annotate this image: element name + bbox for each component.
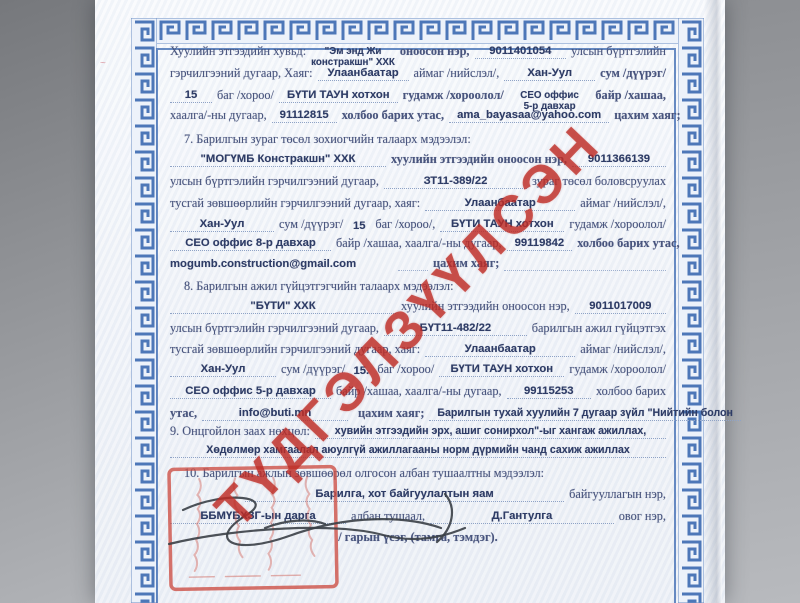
label-building-8: байр /хашаа, хаалга/-ны дугаар, (336, 384, 502, 399)
label-aimag: аймаг /нийслэл/, (414, 66, 500, 81)
label-special-conditions: 9. Онцгойлон заах нөхцөл: (170, 424, 310, 439)
value-city: Улаанбаатар (318, 67, 409, 81)
value-designer-building: СЕО оффис 8-р давхар (170, 237, 331, 251)
signature-ink (145, 466, 495, 576)
label-email-7: цахим хаяг; (433, 256, 499, 271)
label-bag: баг /хороо/ (217, 88, 274, 103)
value-designer-bag: 15 (348, 220, 370, 232)
label-special-permit-8: тусгай зөвшөөрлийн гэрчилгээний дугаар, … (170, 342, 420, 357)
label-street-7: гудамж /хороолол/ (569, 217, 666, 232)
value-company-name: "Эм энд Жи констракшн" ХХК (311, 47, 395, 68)
photo-of-certificate: { "colors": { "border_blue": "#4d77b8", … (0, 0, 800, 603)
intro-line-1: Хуулийн этгээдийн хувьд: "Эм энд Жи конс… (170, 44, 666, 59)
value-designer-city: Улаанбаатар (425, 197, 575, 211)
label-contractor-cert: улсын бүртгэлийн гэрчилгээний дугаар, (170, 321, 379, 336)
label-street-8: гудамж /хороолол/ (569, 362, 666, 377)
value-designer-reg: 9011366139 (572, 153, 666, 167)
sec8-line-2: улсын бүртгэлийн гэрчилгээний дугаар, БҮ… (170, 321, 666, 336)
paper-fold-shadow (704, 0, 722, 603)
value-designer-street: БҮТИ ТАУН хотхон (440, 218, 564, 232)
label-aimag-7: аймаг /нийслэл/, (580, 196, 666, 211)
label-sum-8: сум /дүүрэг/ (281, 362, 345, 377)
label-design-develop: зураг төсөл боловсруулах (532, 174, 666, 189)
value-phone: 91112815 (272, 109, 337, 123)
value-contractor-building: СЕО оффис 5-р давхар (170, 385, 331, 399)
sec8-line-5: СЕО оффис 5-р давхар байр /хашаа, хаалга… (170, 384, 666, 399)
dotted-leader (504, 258, 666, 271)
label-email: цахим хаяг; (614, 108, 680, 123)
sec7-line-5: СЕО оффис 8-р давхар байр /хашаа, хаалга… (170, 236, 666, 251)
value-designer-email: mogumb.construction@gmail.com (170, 258, 393, 271)
label-bag-7: баг /хороо/, (375, 217, 435, 232)
sec7-line-6: mogumb.construction@gmail.com цахим хаяг… (170, 256, 666, 271)
value-contractor-district: Хан-Уул (170, 363, 276, 377)
sec9-line-1: 9. Онцгойлон заах нөхцөл: хувийн этгээди… (170, 424, 666, 439)
section7-heading: 7. Барилгын зураг төсөл зохиогчийн талаа… (184, 132, 666, 147)
label-organization: байгууллагын нэр, (569, 487, 666, 502)
sec9-line-2: Хөдөлмөр хамгаалал аюулгүй ажиллагааны н… (170, 444, 666, 458)
label-phone-8: холбоо барих (596, 384, 666, 399)
label-given-name: оноосон нэр, (400, 44, 470, 59)
label-street: гудамж /хороолол/ (403, 88, 504, 103)
value-contractor-phone: 99115253 (507, 385, 591, 399)
value-district: Хан-Уул (504, 67, 595, 81)
dotted-leader (398, 258, 428, 271)
value-designer-phone: 99119842 (507, 237, 573, 251)
value-condition-1b: хувийн этгээдийн эрх, ашиг сонирхол"-ыг … (315, 425, 666, 439)
label-certificate-no: гэрчилгээний дугаар, Хаяг: (170, 66, 313, 81)
value-condition-1a: Барилгын тухай хуулийн 7 дугаар зүйл "Ни… (429, 407, 741, 421)
value-contractor-street: БҮТИ ТАУН хотхон (439, 363, 564, 377)
label-sum: сум /дүүрэг/ (600, 66, 666, 81)
label-legal-entity: Хуулийн этгээдийн хувьд: (170, 44, 306, 59)
value-contractor-city: Улаанбаатар (425, 343, 575, 357)
margin-pen-mark: ~ (100, 58, 120, 70)
photo-background-right (725, 0, 800, 603)
sec7-line-3: тусгай зөвшөөрлийн гэрчилгээний дугаар, … (170, 196, 666, 211)
sec7-line-2: улсын бүртгэлийн гэрчилгээний дугаар, ЗТ… (170, 174, 666, 189)
label-phone2-8: утас, (170, 406, 197, 421)
sec8-line-1: "БҮТИ" ХХК хуулийн этгээдийн оноосон нэр… (170, 299, 666, 314)
value-contractor-license: БҮТ11-482/22 (384, 322, 527, 336)
value-contractor-email: info@buti.mn (202, 407, 348, 421)
label-official-name: овог нэр, (619, 509, 666, 524)
sec8-line-4: Хан-Уул сум /дүүрэг/ 15. баг /хороо/ БҮТ… (170, 362, 666, 377)
label-phone-7: холбоо барих утас, (577, 236, 679, 251)
label-bag-8: баг /хороо/ (377, 362, 434, 377)
label-state-reg: улсын бүртгэлийн (571, 44, 666, 59)
sec7-line-1: "МОГҮМБ Констракшн" ХХК хуулийн этгээдий… (170, 152, 666, 167)
value-email: ama_bayasaa@yahoo.com (449, 109, 609, 123)
label-aimag-8: аймаг /нийслэл/, (580, 342, 666, 357)
value-street: БҮТИ ТАУН хотхон (279, 89, 398, 103)
value-designer-company: "МОГҮМБ Констракшн" ХХК (170, 153, 386, 167)
label-email-8: цахим хаяг; (358, 406, 424, 421)
sec8-line-6: утас, info@buti.mn цахим хаяг; Барилгын … (170, 406, 666, 421)
label-building-7: байр /хашаа, хаалга/-ны дугаар, (336, 236, 502, 251)
value-contractor-company: "БҮТИ" ХХК (170, 300, 396, 314)
value-contractor-bag: 15. (350, 365, 372, 377)
meander-border-right (678, 18, 704, 603)
value-contractor-reg: 9011017009 (575, 300, 666, 314)
sec8-line-3: тусгай зөвшөөрлийн гэрчилгээний дугаар, … (170, 342, 666, 357)
label-sum-7: сум /дүүрэг/ (279, 217, 343, 232)
value-designer-district: Хан-Уул (170, 218, 274, 232)
label-contractor-name: хуулийн этгээдийн оноосон нэр, (401, 299, 570, 314)
sec7-line-4: Хан-Уул сум /дүүрэг/ 15 баг /хороо/, БҮТ… (170, 217, 666, 232)
label-special-permit-7: тусгай зөвшөөрлийн гэрчилгээний дугаар, … (170, 196, 420, 211)
label-construction-exec: барилгын ажил гүйцэтгэх (532, 321, 666, 336)
value-bag: 15 (170, 89, 212, 103)
label-designer-cert: улсын бүртгэлийн гэрчилгээний дугаар, (170, 174, 379, 189)
intro-line-2: гэрчилгээний дугаар, Хаяг: Улаанбаатар а… (170, 66, 666, 81)
value-designer-license: ЗТ11-389/22 (384, 175, 527, 189)
label-door: хаалга/-ны дугаар, (170, 108, 267, 123)
value-reg-number: 9011401054 (475, 45, 567, 59)
label-building: байр /хашаа, (595, 88, 666, 103)
label-designer-name: хуулийн этгээдийн оноосон нэр, (391, 152, 567, 167)
section8-heading: 8. Барилгын ажил гүйцэтгэгчийн талаарх м… (184, 279, 666, 294)
intro-line-3: 15 баг /хороо/ БҮТИ ТАУН хотхон гудамж /… (170, 88, 666, 103)
intro-line-4: хаалга/-ны дугаар, 91112815 холбоо барих… (170, 108, 666, 123)
value-condition-2: Хөдөлмөр хамгаалал аюулгүй ажиллагааны н… (170, 444, 666, 458)
photo-background-left (0, 0, 95, 603)
label-phone: холбоо барих утас, (342, 108, 444, 123)
